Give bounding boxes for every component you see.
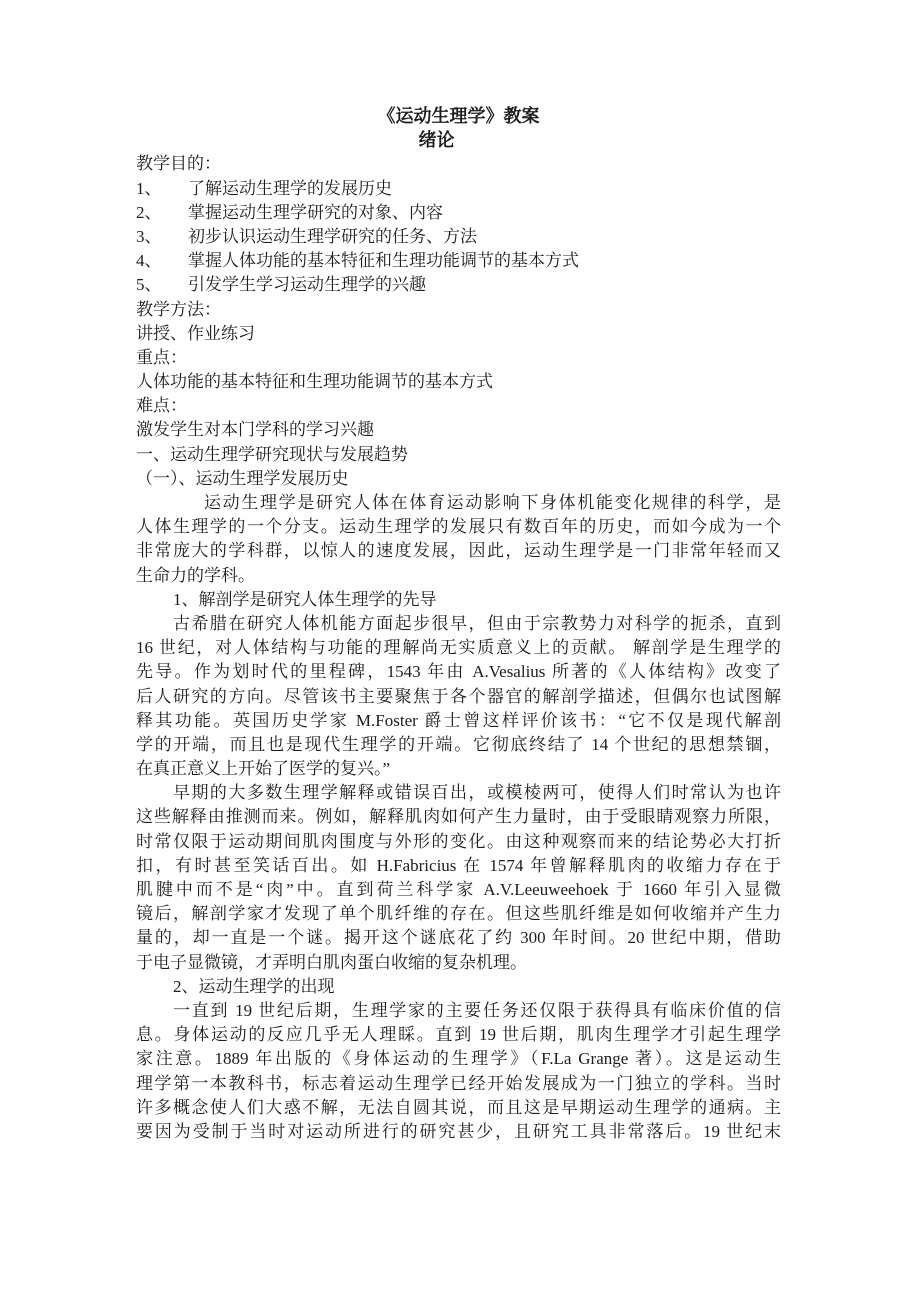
document-line: 运动生理学是研究人体在体育运动影响下身体机能变化规律的科学，是 (136, 491, 781, 515)
list-number: 4、 (136, 249, 188, 273)
document-line: 于电子显微镜，才弄明白肌肉蛋白收缩的复杂机理。 (136, 951, 781, 975)
document-line: 这些解释由推测而来。例如，解释肌肉如何产生力量时，由于受眼睛观察力所限， (136, 805, 781, 829)
document-line: 激发学生对本门学科的学习兴趣 (136, 418, 781, 442)
document-line: 扣，有时甚至笑话百出。如 H.Fabricius 在 1574 年曾解释肌肉的收… (136, 854, 781, 878)
document-line: 时常仅限于运动期间肌肉围度与外形的变化。由这种观察而来的结论势必大打折 (136, 830, 781, 854)
list-number: 2、 (136, 201, 188, 225)
document-line: 学的开端，而且也是现代生理学的开端。它彻底终结了 14 个世纪的思想禁锢， (136, 733, 781, 757)
list-text: 掌握人体功能的基本特征和生理功能调节的基本方式 (188, 249, 579, 273)
document-line: 非常庞大的学科群，以惊人的速度发展，因此，运动生理学是一门非常年轻而又 (136, 539, 781, 563)
document-title: 《运动生理学》教案 (136, 104, 781, 128)
document-line: 释其功能。英国历史学家 M.Foster 爵士曾这样评价该书：“它不仅是现代解剖 (136, 709, 781, 733)
document-content: 《运动生理学》教案 绪论 教学目的：1、了解运动生理学的发展历史2、掌握运动生理… (136, 104, 781, 1144)
document-line: 古希腊在研究人体机能方面起步很早，但由于宗教势力对科学的扼杀，直到 (136, 612, 781, 636)
document-line: 重点： (136, 346, 781, 370)
document-line: 难点： (136, 394, 781, 418)
document-line: 5、引发学生学习运动生理学的兴趣 (136, 273, 781, 297)
document-line: 1、解剖学是研究人体生理学的先导 (136, 588, 781, 612)
document-line: 镜后，解剖学家才发现了单个肌纤维的存在。但这些肌纤维是如何收缩并产生力 (136, 902, 781, 926)
document-line: 息。身体运动的反应几乎无人理睬。直到 19 世后期，肌肉生理学才引起生理学 (136, 1023, 781, 1047)
document-line: 2、运动生理学的出现 (136, 975, 781, 999)
document-line: 1、了解运动生理学的发展历史 (136, 177, 781, 201)
document-line: 人体功能的基本特征和生理功能调节的基本方式 (136, 370, 781, 394)
list-number: 3、 (136, 225, 188, 249)
list-text: 掌握运动生理学研究的对象、内容 (188, 201, 443, 225)
list-text: 了解运动生理学的发展历史 (188, 177, 392, 201)
document-line: 家注意。1889 年出版的《身体运动的生理学》（F.La Grange 著）。这… (136, 1047, 781, 1071)
document-line: 一、运动生理学研究现状与发展趋势 (136, 443, 781, 467)
document-page: 《运动生理学》教案 绪论 教学目的：1、了解运动生理学的发展历史2、掌握运动生理… (0, 0, 920, 1302)
document-line: 早期的大多数生理学解释或错误百出，或模棱两可，使得人们时常认为也许 (136, 781, 781, 805)
list-text: 初步认识运动生理学研究的任务、方法 (188, 225, 477, 249)
document-line: 4、掌握人体功能的基本特征和生理功能调节的基本方式 (136, 249, 781, 273)
document-line: 量的，却一直是一个谜。揭开这个谜底花了约 300 年时间。20 世纪中期，借助 (136, 926, 781, 950)
list-number: 1、 (136, 177, 188, 201)
document-line: 16 世纪，对人体结构与功能的理解尚无实质意义上的贡献。 解剖学是生理学的 (136, 636, 781, 660)
document-line: 教学目的： (136, 152, 781, 176)
document-line: 生命力的学科。 (136, 564, 781, 588)
document-line: 在真正意义上开始了医学的复兴。” (136, 757, 781, 781)
document-body: 教学目的：1、了解运动生理学的发展历史2、掌握运动生理学研究的对象、内容3、初步… (136, 152, 781, 1144)
list-text: 引发学生学习运动生理学的兴趣 (188, 273, 426, 297)
document-line: （一）、运动生理学发展历史 (136, 467, 781, 491)
document-line: 理学第一本教科书，标志着运动生理学已经开始发展成为一门独立的学科。当时 (136, 1072, 781, 1096)
list-number: 5、 (136, 273, 188, 297)
document-line: 教学方法： (136, 298, 781, 322)
document-line: 2、掌握运动生理学研究的对象、内容 (136, 201, 781, 225)
document-line: 许多概念使人们大惑不解，无法自圆其说，而且这是早期运动生理学的通病。主 (136, 1096, 781, 1120)
document-line: 要因为受制于当时对运动所进行的研究甚少，且研究工具非常落后。19 世纪末 (136, 1120, 781, 1144)
document-line: 讲授、作业练习 (136, 322, 781, 346)
document-line: 3、初步认识运动生理学研究的任务、方法 (136, 225, 781, 249)
document-line: 人体生理学的一个分支。运动生理学的发展只有数百年的历史，而如今成为一个 (136, 515, 781, 539)
document-line: 后人研究的方向。尽管该书主要聚焦于各个器官的解剖学描述，但偶尔也试图解 (136, 685, 781, 709)
document-line: 一直到 19 世纪后期，生理学家的主要任务还仅限于获得具有临床价值的信 (136, 999, 781, 1023)
document-line: 先导。作为划时代的里程碑，1543 年由 A.Vesalius 所著的《人体结构… (136, 660, 781, 684)
document-subtitle: 绪论 (114, 128, 759, 152)
document-line: 肌腱中而不是“肉”中。直到荷兰科学家 A.V.Leeuweehoek 于 166… (136, 878, 781, 902)
